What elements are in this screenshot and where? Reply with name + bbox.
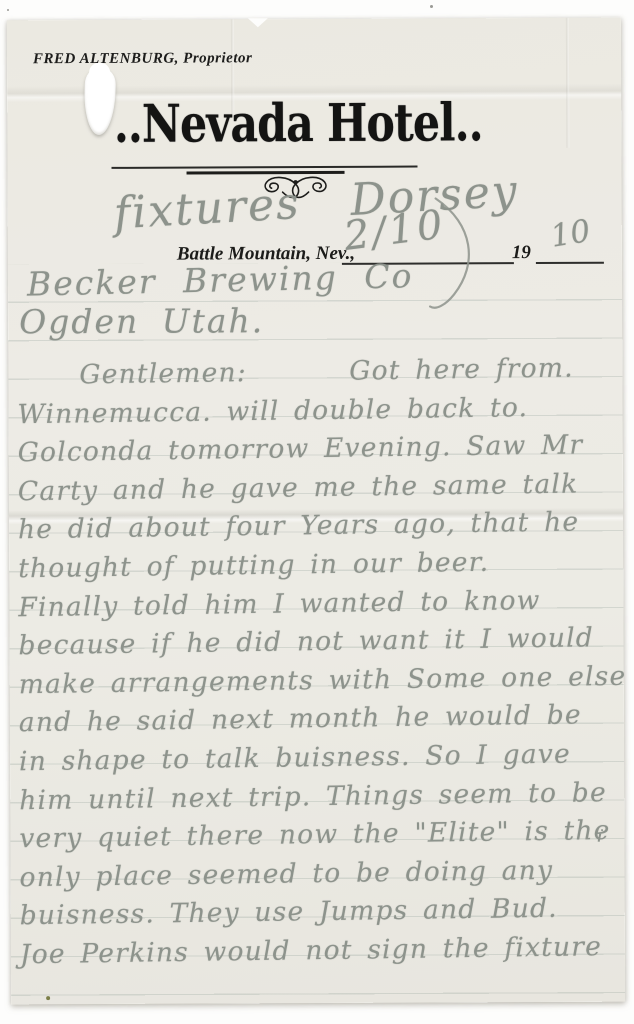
background-speck bbox=[430, 5, 433, 8]
proprietor-line: FRED ALTENBURG, Proprietor bbox=[33, 50, 252, 68]
year-prefix: 19 bbox=[512, 242, 531, 264]
pencil-flourish-stroke bbox=[424, 194, 485, 324]
paper-edge-notch bbox=[248, 18, 268, 27]
hotel-name-title: ..Nevada Hotel.. bbox=[46, 92, 550, 155]
handwritten-year: 10 bbox=[548, 213, 593, 255]
background-speck bbox=[7, 9, 9, 11]
paper-speck bbox=[46, 996, 50, 1000]
recipient-line: Ogden Utah. bbox=[19, 301, 264, 341]
letter-paper: FRED ALTENBURG, Proprietor ..Nevada Hote… bbox=[7, 18, 625, 1005]
fold-crease bbox=[566, 18, 570, 148]
letter-body: Gentlemen: Got here from. Winnemucca. wi… bbox=[17, 355, 620, 975]
year-blank-underline bbox=[536, 262, 604, 264]
scan-background: { "letterhead": { "proprietor": "FRED AL… bbox=[0, 0, 634, 1024]
handwritten-line: Joe Perkins would not sign the fixture bbox=[20, 928, 620, 975]
recipient-line: Becker Brewing Co bbox=[27, 256, 414, 303]
title-underline-long bbox=[111, 166, 417, 169]
